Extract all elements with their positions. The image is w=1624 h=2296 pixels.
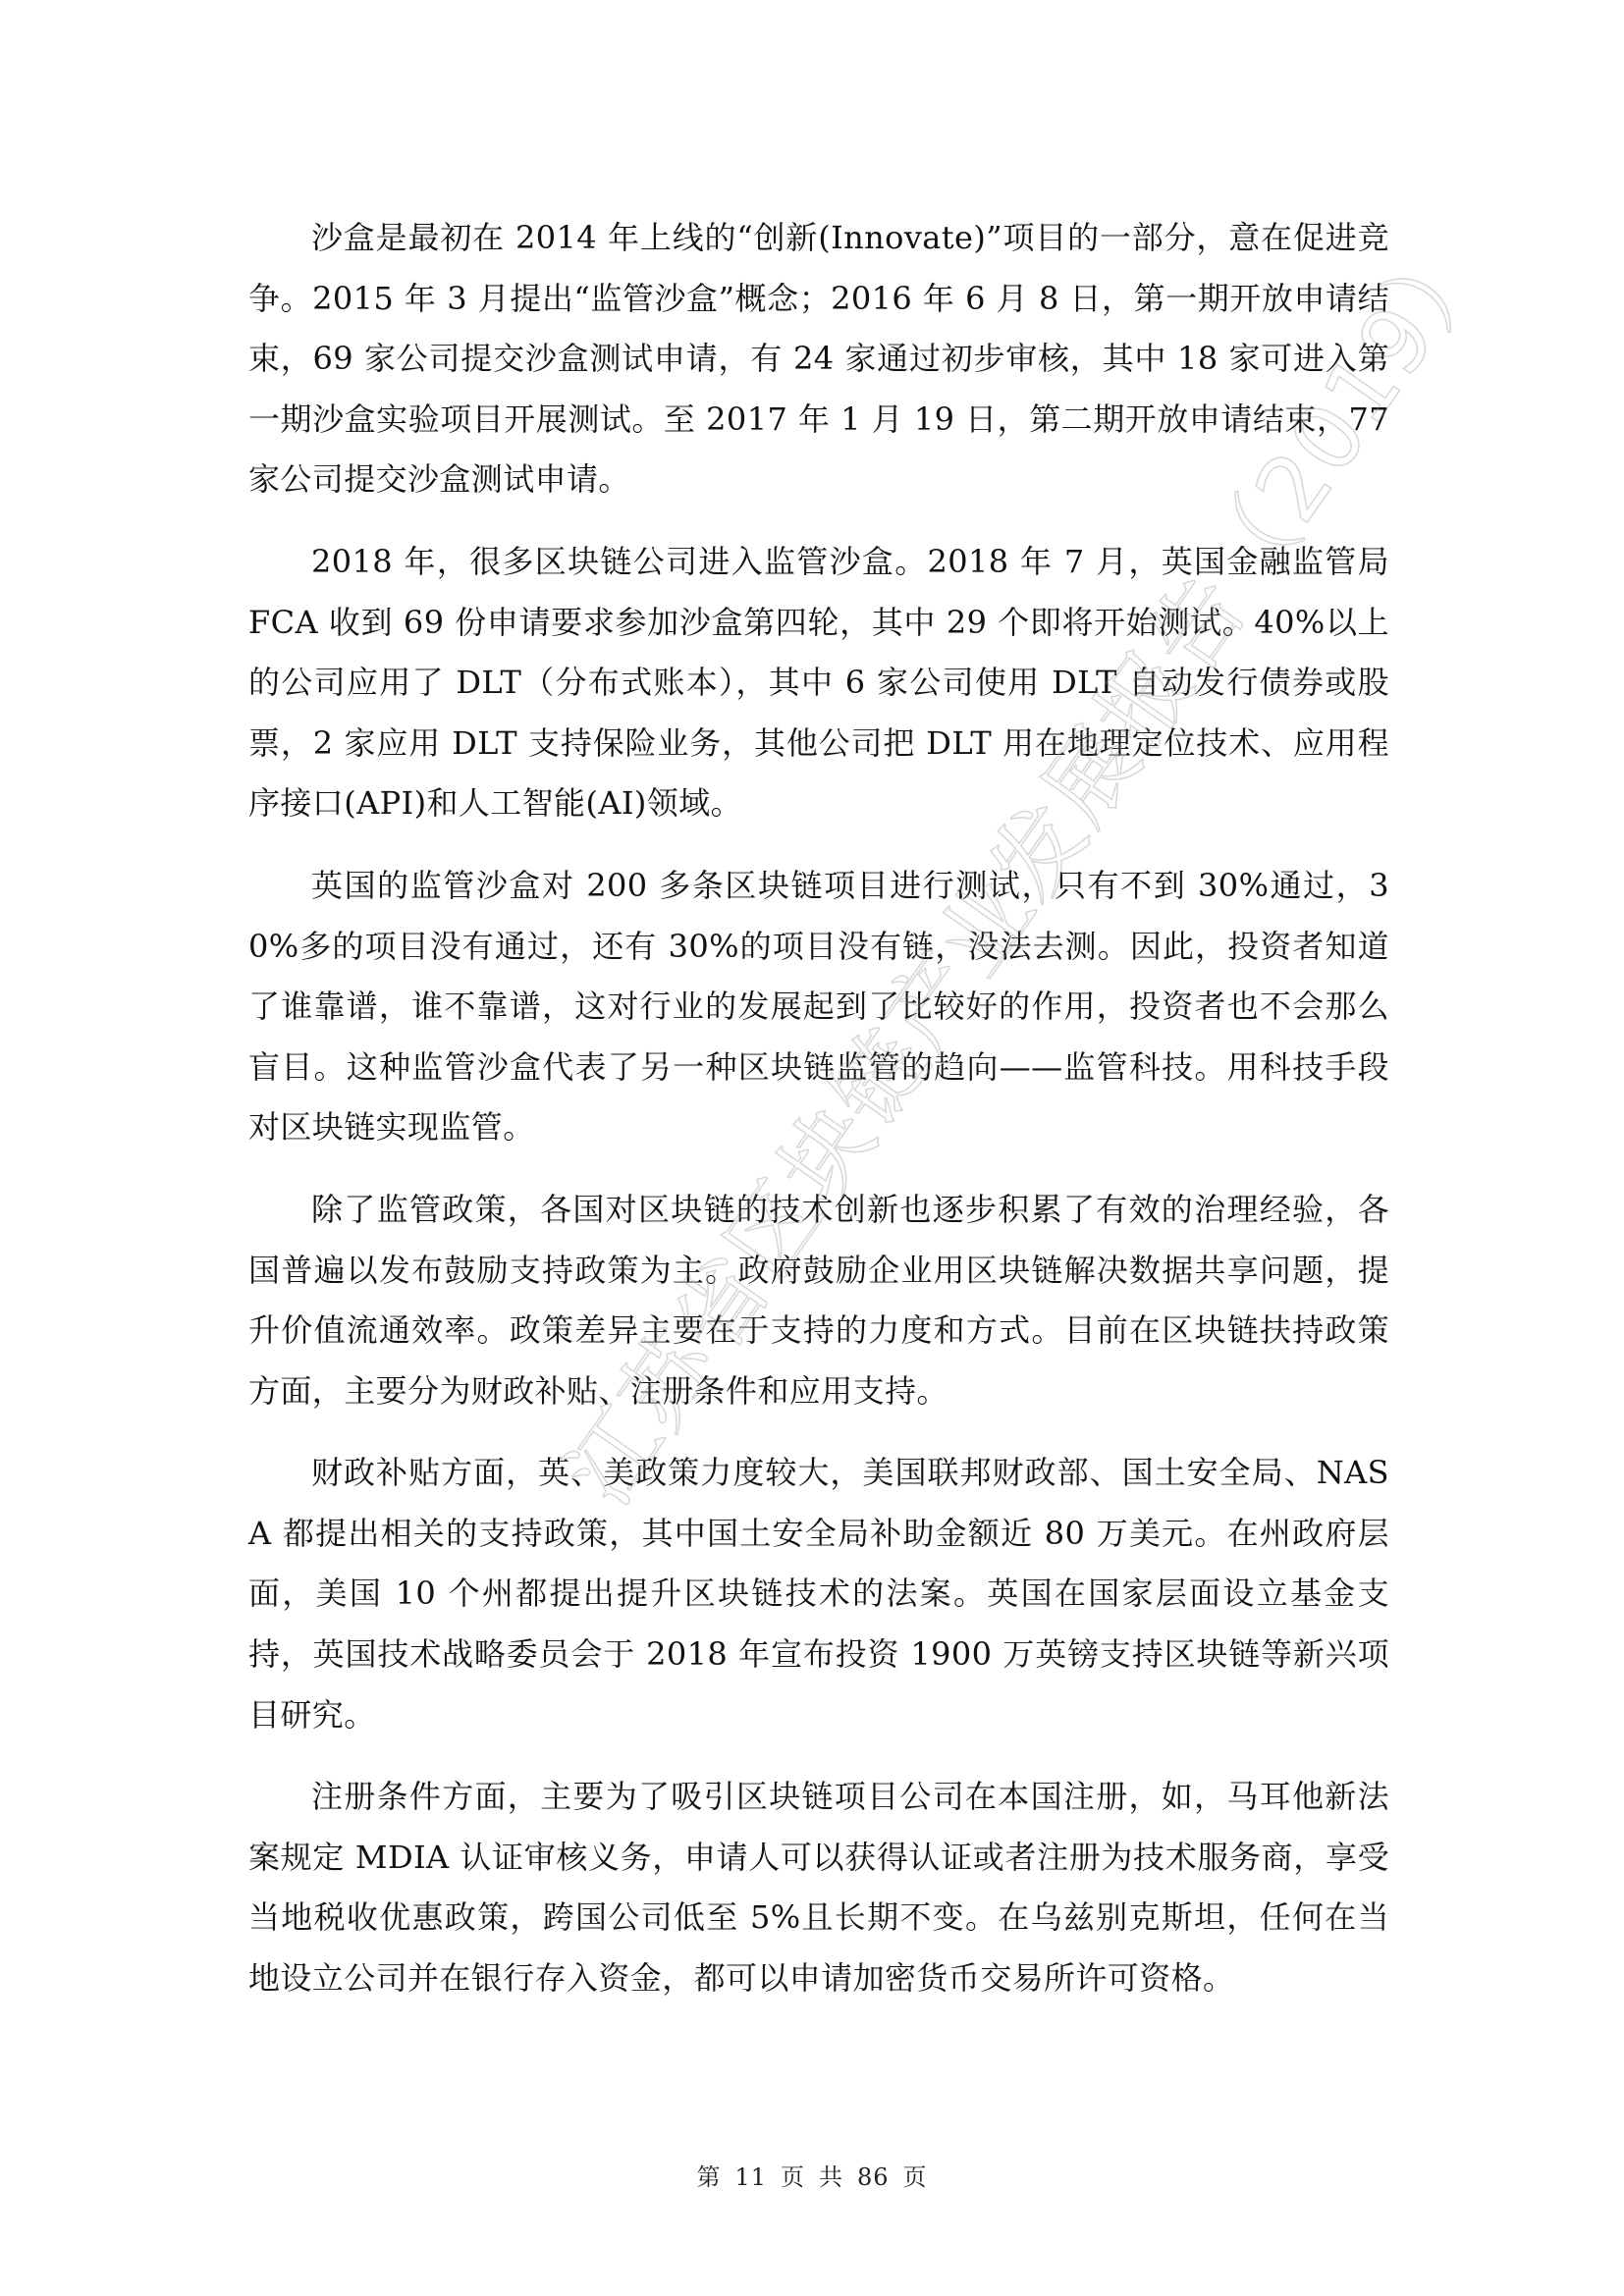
paragraph-registration-conditions: 注册条件方面，主要为了吸引区块链项目公司在本国注册，如，马耳他新法案规定 MDI… [248, 1767, 1389, 2008]
paragraph-2018-blockchain-sandbox: 2018 年，很多区块链公司进入监管沙盒。2018 年 7 月，英国金融监管局 … [248, 532, 1389, 834]
page-total: 86 [857, 2163, 890, 2191]
page-footer: 第11页共86页 [0, 2158, 1624, 2192]
paragraph-uk-sandbox-testing: 英国的监管沙盒对 200 多条区块链项目进行测试，只有不到 30%通过，30%多… [248, 856, 1389, 1158]
paragraph-policy-overview: 除了监管政策，各国对区块链的技术创新也逐步积累了有效的治理经验，各国普遍以发布鼓… [248, 1180, 1389, 1421]
paragraph-sandbox-history: 沙盒是最初在 2014 年上线的“创新(Innovate)”项目的一部分，意在促… [248, 208, 1389, 510]
page-label: 页 [781, 2163, 805, 2191]
page-number: 11 [734, 2163, 767, 2191]
page-suffix: 页 [903, 2163, 928, 2191]
paragraph-fiscal-subsidy: 财政补贴方面，英、美政策力度较大，美国联邦财政部、国土安全局、NASA 都提出相… [248, 1443, 1389, 1745]
document-page: 沙盒是最初在 2014 年上线的“创新(Innovate)”项目的一部分，意在促… [0, 0, 1624, 2296]
body-text: 沙盒是最初在 2014 年上线的“创新(Innovate)”项目的一部分，意在促… [248, 208, 1389, 2031]
page-prefix: 第 [696, 2163, 721, 2191]
total-prefix: 共 [819, 2163, 843, 2191]
